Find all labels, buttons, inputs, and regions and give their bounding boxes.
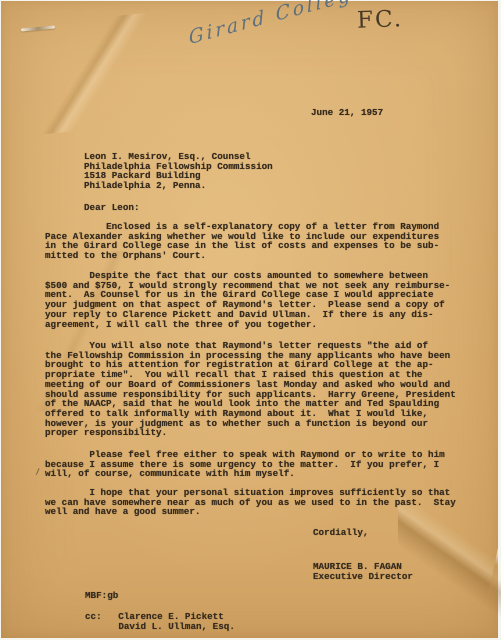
handwritten-note: Girard College [188, 0, 367, 49]
paragraph-1: Enclosed is a self-explanatory copy of a… [45, 222, 439, 261]
letter-date: June 21, 1957 [311, 108, 383, 118]
paragraph-4: Please feel free either to speak with Ra… [45, 450, 445, 479]
paragraph-5: I hope that your personal situation impr… [45, 488, 456, 517]
cc-block: cc: Clarence E. Pickett David L. Ullman,… [85, 612, 235, 631]
pen-speck [36, 468, 44, 477]
paragraph-2: Despite the fact that our costs amounted… [45, 271, 450, 329]
scanned-letter: Girard College FC. June 21, 1957 Leon I.… [0, 0, 501, 640]
letter-paper: Girard College FC. June 21, 1957 Leon I.… [1, 1, 498, 638]
torn-corner [472, 548, 498, 638]
filing-mark: FC. [357, 6, 404, 34]
closing: Cordially, [313, 528, 369, 538]
typist-initials: MBF:gb [85, 591, 118, 601]
signature-block: MAURICE B. FAGANExecutive Director [313, 562, 413, 581]
recipient-address: Leon I. Mesirov, Esq., Counsel Philadelp… [84, 152, 273, 191]
signature-title: Executive Director [313, 571, 413, 582]
salutation: Dear Leon: [84, 203, 140, 213]
staple-mark [21, 26, 55, 32]
paragraph-3: You will also note that Raymond's letter… [45, 341, 456, 438]
